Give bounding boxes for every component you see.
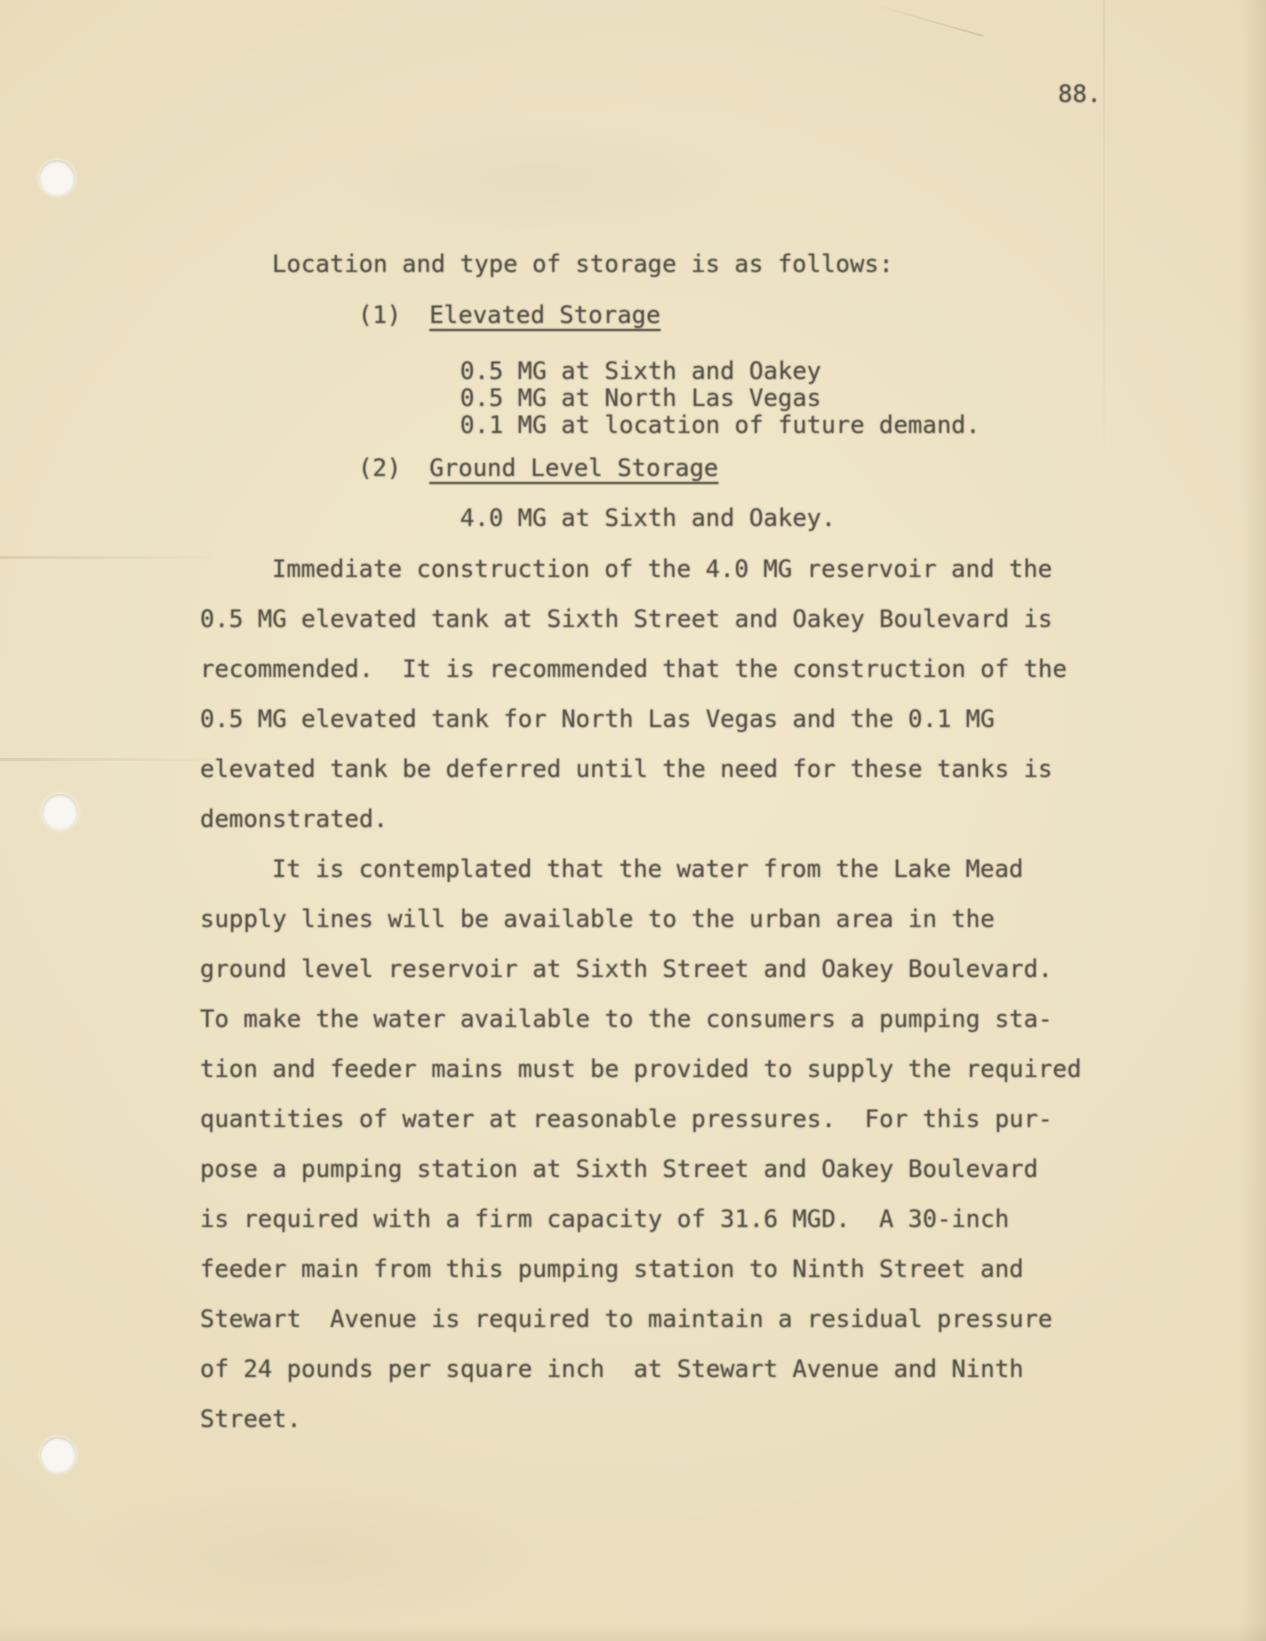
paper-edge-shadow — [0, 1623, 1266, 1641]
list-item-2-number: (2) — [358, 452, 401, 484]
intro-line: Location and type of storage is as follo… — [200, 248, 1120, 280]
list-item-2-heading: Ground Level Storage — [429, 452, 718, 484]
paper-stain — [330, 120, 750, 240]
list-item-1-values: 0.5 MG at Sixth and Oakey 0.5 MG at Nort… — [460, 358, 980, 439]
binder-hole-middle — [42, 794, 78, 830]
binder-hole-top — [39, 160, 75, 196]
paper-stain — [60, 1480, 560, 1630]
list-item-2: (2)Ground Level Storage — [358, 452, 718, 484]
paragraph-1: Immediate construction of the 4.0 MG res… — [200, 544, 1130, 844]
page-number: 88. — [1058, 80, 1101, 108]
list-item-1: (1)Elevated Storage — [358, 299, 661, 331]
list-item-1-heading: Elevated Storage — [429, 299, 660, 331]
list-item-2-values: 4.0 MG at Sixth and Oakey. — [460, 505, 836, 532]
paragraph-2: It is contemplated that the water from t… — [200, 844, 1130, 1444]
corner-fold-mark — [868, 2, 984, 37]
paper-edge-shadow — [1240, 0, 1266, 1641]
paper-crease-horizontal — [0, 758, 218, 761]
list-item-1-number: (1) — [358, 299, 401, 331]
document-page: 88. Location and type of storage is as f… — [0, 0, 1266, 1641]
binder-hole-bottom — [40, 1437, 76, 1473]
paper-crease-horizontal — [0, 556, 212, 559]
